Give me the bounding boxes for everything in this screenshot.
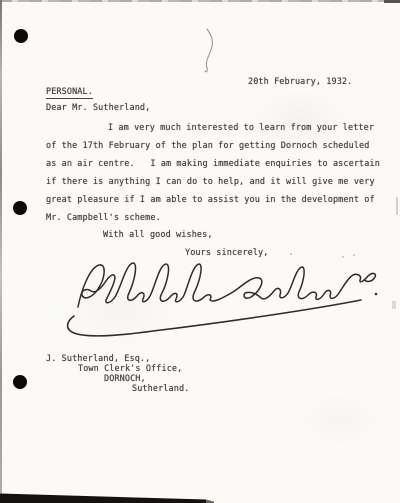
body-line: as an air centre. I am making immediate … (46, 155, 380, 173)
recipient-address-line: Town Clerk's Office, (78, 364, 182, 374)
scanned-letter-page: 20th February, 1932. PERSONAL. Dear Mr. … (0, 0, 400, 503)
body-line: Mr. Campbell's scheme. (46, 209, 161, 227)
paper-top-edge (0, 0, 400, 2)
salutation: Dear Mr. Sutherland, (46, 103, 150, 113)
hole-punch (14, 29, 28, 43)
recipient-address-line: Sutherland. (132, 384, 189, 394)
handwritten-signature (55, 248, 400, 340)
hole-punch (13, 201, 27, 215)
body-line: if there is anything I can do to help, a… (46, 173, 375, 191)
recipient-address-line: J. Sutherland, Esq., (46, 354, 150, 364)
personal-label-text: PERSONAL. (46, 87, 93, 99)
body-line: I am very much interested to learn from … (108, 119, 374, 137)
body-line: great pleasure if I am able to assist yo… (46, 191, 375, 209)
closing-wishes: With all good wishes, (103, 230, 213, 240)
hole-punch (13, 375, 27, 389)
pen-squiggle-mark (197, 27, 219, 75)
recipient-address-line: DORNOCH, (104, 374, 146, 384)
paper-top-edge-mark (384, 0, 400, 3)
scan-artifact-mark (396, 197, 398, 215)
body-line: of the 17th February of the plan for get… (46, 137, 369, 155)
personal-label: PERSONAL. (46, 87, 93, 97)
letter-date: 20th February, 1932. (248, 77, 352, 87)
paper-bottom-edge (0, 487, 400, 503)
paper-left-edge (0, 0, 2, 503)
